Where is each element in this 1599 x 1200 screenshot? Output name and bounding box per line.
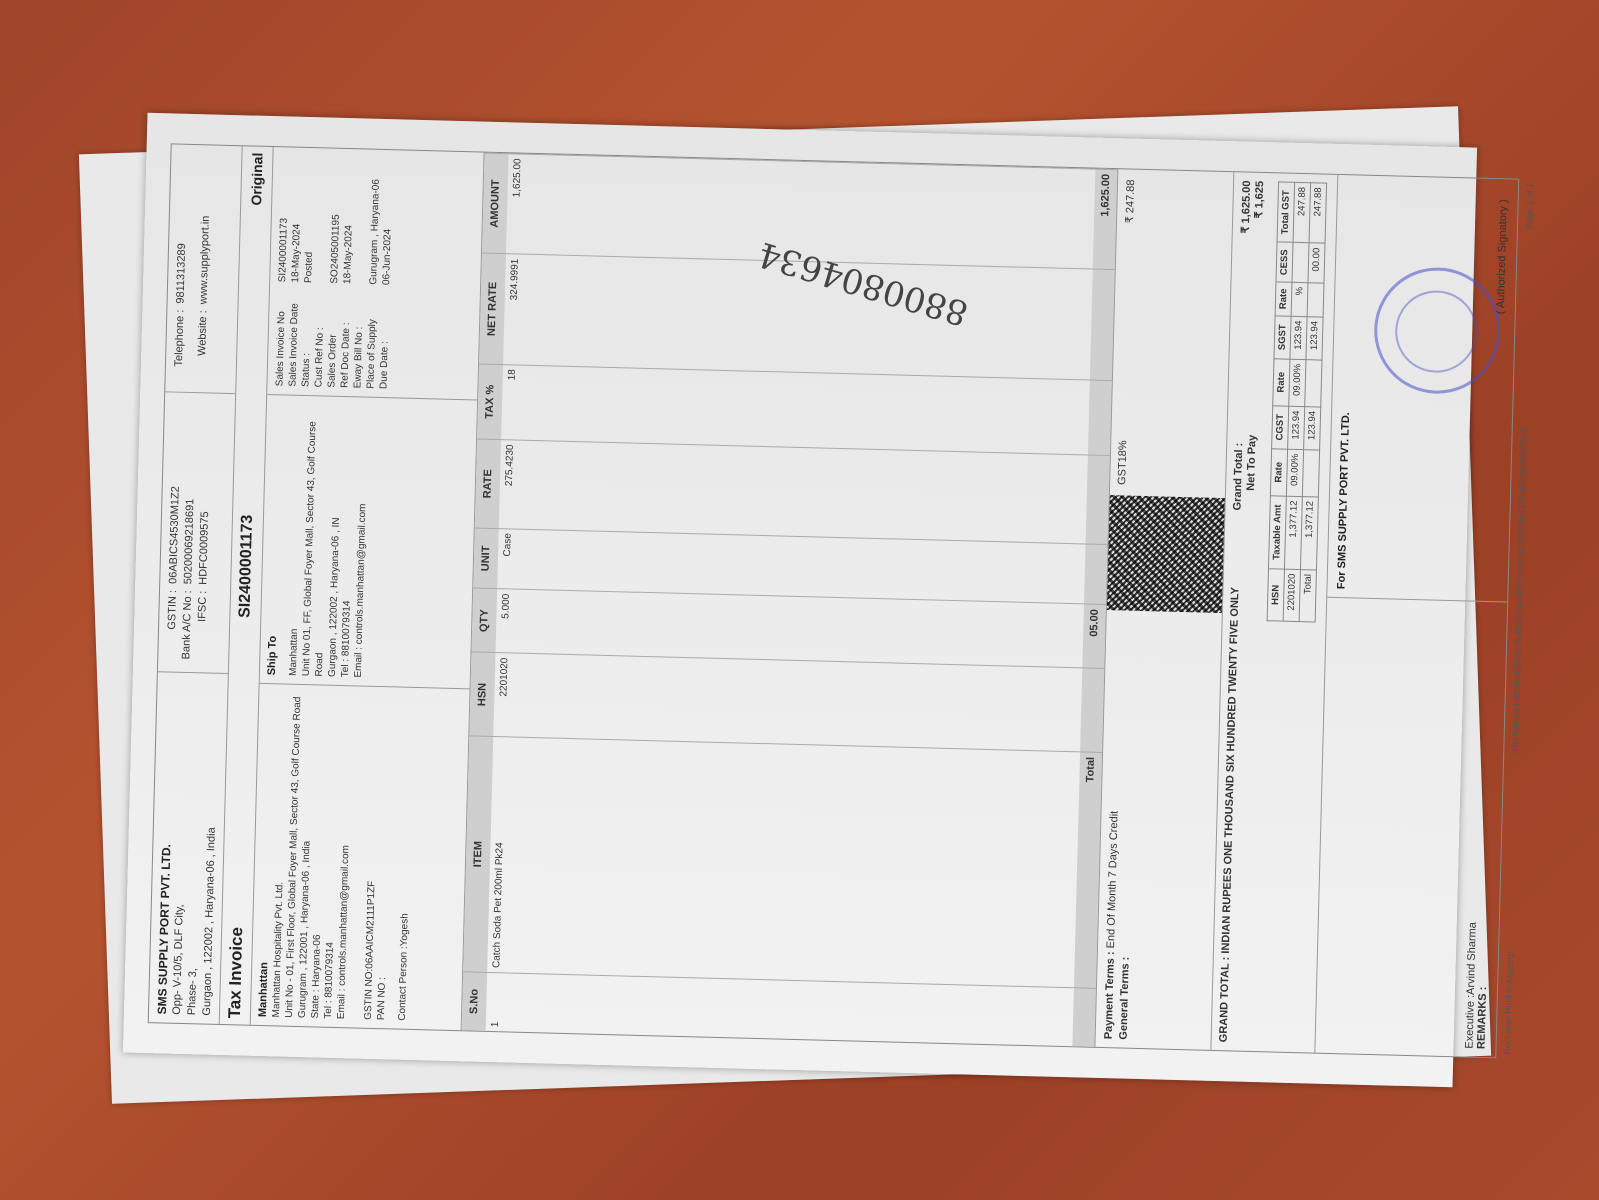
ifsc-label: IFSC : — [194, 591, 211, 665]
qr-code — [1107, 495, 1225, 613]
seller-telephone: 9811313289 — [175, 243, 189, 304]
seller-website: www.supplyport.in — [198, 215, 212, 304]
meta-value: Posted — [302, 252, 316, 283]
seller-contact: Telephone :9811313289 Website :www.suppl… — [165, 144, 241, 393]
tax-total-cell: Total — [1299, 569, 1316, 622]
signature-section: Executive :Arvind Sharma REMARKS : For S… — [1314, 175, 1518, 1057]
tax-cell: 247.88 — [1293, 182, 1311, 243]
column-header: QTY — [472, 588, 498, 653]
tax-column-header: Taxable Amt — [1268, 495, 1286, 569]
table-cell: 275.4230 — [499, 440, 520, 529]
column-header: HSN — [469, 652, 495, 736]
invoice-page: SMS SUPPLY PORT PVT. LTD. Opp- V-10/5, D… — [123, 113, 1477, 1087]
gst-label: GST18% — [1116, 440, 1129, 485]
grand-totals: Grand Total :₹ 1,625.00 Net To Pay₹ 1,62… — [1231, 180, 1266, 511]
general-terms-label: General Terms : — [1118, 957, 1132, 1040]
printed-by: Reckoner Print © Ascomp — [1502, 951, 1515, 1054]
invoice-number: SI2400001173 — [236, 514, 257, 618]
for-company: For SMS SUPPLY PORT PVT. LTD. — [1335, 183, 1358, 589]
gst-summary: GST18% ₹ 247.88 — [1110, 169, 1233, 497]
tax-column-header: CGST — [1272, 405, 1289, 449]
website-label: Website : — [194, 310, 211, 384]
page-number: Page 1 of 1 — [1524, 183, 1535, 229]
payment-terms: End Of Month 7 Days Credit — [1105, 811, 1121, 949]
tax-column-header: HSN — [1267, 569, 1284, 622]
items-table: S.NoITEMHSNQTYUNITRATETAX %NET RATEAMOUN… — [462, 153, 1118, 1047]
column-header: S.No — [462, 972, 488, 1031]
table-cell: Case — [497, 528, 518, 589]
tax-total-cell — [1305, 359, 1322, 406]
table-cell: 1 — [486, 972, 507, 1031]
column-header: RATE — [475, 439, 501, 528]
tax-cell: 123.94 — [1288, 406, 1305, 450]
total-in-words: GRAND TOTAL : INDIAN RUPEES ONE THOUSAND… — [1218, 587, 1256, 1043]
signatory-box: For SMS SUPPLY PORT PVT. LTD. ( Authoriz… — [1327, 175, 1518, 602]
tax-cell: 2201020 — [1283, 569, 1300, 622]
gst-amount: ₹ 247.88 — [1123, 179, 1137, 223]
tax-column-header: Rate — [1275, 282, 1292, 316]
tax-column-header: CESS — [1276, 242, 1293, 282]
table-cell: 5.000 — [496, 589, 517, 653]
payment-terms-label: Payment Terms : — [1103, 951, 1117, 1039]
tax-column-header: Rate — [1273, 359, 1290, 406]
grand-total: ₹ 1,625.00 — [1239, 180, 1253, 233]
parties-section: Manhattan Manhattan Hospitality Pvt. Ltd… — [251, 147, 485, 1030]
seller-gstin: 06ABICS4530M1Z2 — [167, 486, 182, 584]
tax-cell: 1,377.12 — [1284, 496, 1302, 570]
meta-value: 18-May-2024 — [341, 225, 356, 284]
ship-to-label: Ship To — [266, 403, 286, 675]
meta-key: Due Date : — [377, 285, 393, 389]
ship-to: Ship To Manhattan Unit No 01, FF, Global… — [260, 394, 477, 689]
tax-total-cell: 1,377.12 — [1300, 496, 1318, 570]
tax-total-cell: 123.94 — [1306, 316, 1323, 360]
tax-total-cell: 00.00 — [1308, 243, 1325, 283]
authorized-signatory: ( Authorized Signatory ) — [1495, 199, 1510, 314]
terms-section: Payment Terms : End Of Month 7 Days Cred… — [1094, 169, 1233, 1050]
invoice-meta: Sales Invoice NoSI2400001173Sales Invoic… — [267, 147, 483, 399]
total-amount: 1,625.00 — [1093, 169, 1118, 270]
executive-remarks: Executive :Arvind Sharma REMARKS : — [1315, 597, 1507, 1058]
meta-value: 06-Jun-2024 — [380, 229, 394, 285]
tax-cell — [1292, 243, 1309, 283]
net-pay-label: Net To Pay — [1244, 435, 1259, 511]
tax-cell: 123.94 — [1290, 316, 1307, 360]
column-header: AMOUNT — [482, 153, 509, 254]
tax-total-cell — [1307, 283, 1324, 317]
tax-column-header: SGST — [1274, 315, 1291, 359]
total-qty: 05.00 — [1082, 604, 1106, 668]
tax-column-header: Rate — [1270, 449, 1287, 496]
tax-total-cell: 247.88 — [1309, 183, 1327, 244]
bill-to: Manhattan Manhattan Hospitality Pvt. Ltd… — [251, 683, 470, 1030]
column-header: TAX % — [477, 364, 503, 440]
seller-tax-bank: GSTIN :06ABICS4530M1Z2 Bank A/C No :5020… — [158, 391, 235, 673]
irn: IRN 5dfed14cff04bb66646 0feb52b7ada8171b… — [1510, 427, 1529, 753]
tax-total-cell: 123.94 — [1304, 406, 1321, 450]
tax-cell: 09.00% — [1289, 359, 1306, 406]
tax-cell: 09.00% — [1286, 449, 1303, 496]
tax-total-cell — [1302, 449, 1319, 496]
table-cell: 2201020 — [493, 653, 514, 737]
seller-bank: 50200069218691 — [182, 499, 196, 585]
bill-to-contact: Contact Person :Yogesh — [396, 696, 417, 1021]
seller-address: SMS SUPPLY PORT PVT. LTD. Opp- V-10/5, D… — [149, 672, 228, 1024]
copy-label: Original — [248, 152, 265, 205]
tax-column-header: Total GST — [1277, 182, 1295, 243]
document-title: Tax Invoice — [225, 927, 247, 1019]
table-cell: 18 — [501, 364, 522, 440]
column-header: UNIT — [473, 528, 499, 589]
telephone-label: Telephone : — [171, 309, 188, 383]
net-pay: ₹ 1,625 — [1252, 181, 1266, 219]
company-stamp-icon — [1373, 266, 1502, 395]
tax-cell: % — [1291, 282, 1308, 316]
tax-table: HSNTaxable AmtRateCGSTRateSGSTRateCESSTo… — [1267, 181, 1328, 622]
terms-left: Payment Terms : End Of Month 7 Days Cred… — [1095, 610, 1221, 1050]
seller-ifsc: HDFC0009575 — [197, 511, 211, 585]
column-header: NET RATE — [479, 253, 506, 364]
